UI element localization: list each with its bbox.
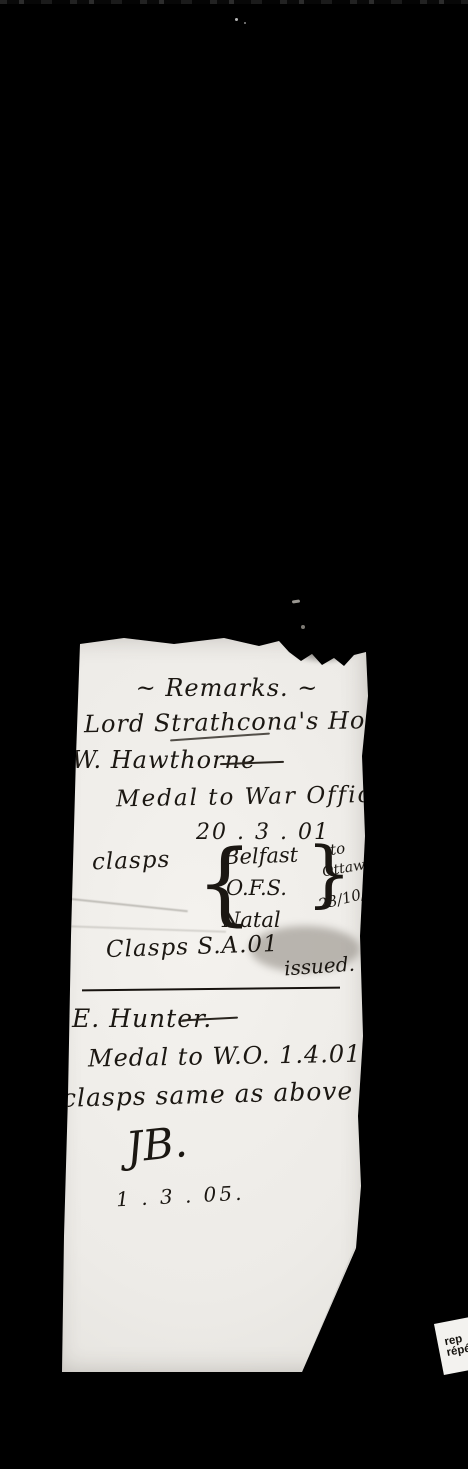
clasp-item-ofs: O.F.S. [226,876,287,900]
scanned-note-paper: ~ Remarks. ~ Lord Strathcona's Horse W. … [54,636,368,1374]
note-line-medal-2: Medal to W.O. 1.4.01. [88,1040,371,1073]
initials-monogram: JB. [124,1117,190,1172]
dust-speck [301,625,305,629]
dust-speck [292,599,300,603]
scanner-noise-strip [0,0,468,4]
clasp-item-natal: Natal [222,908,281,932]
paper-tear-shadow [288,644,360,664]
note-line-date-2: 1 . 3 . 05. [115,1181,244,1212]
note-line-clasps-2: clasps same as above [62,1076,354,1113]
dust-speck [235,18,238,21]
paper-crease [68,898,188,913]
reproduction-stamp: rep répé [434,1311,468,1375]
note-line-name-1: W. Hawthorne [72,746,256,774]
note-line-clasps-sa: Clasps S.A.01 [106,931,280,963]
clasps-label: clasps [92,847,171,876]
note-line-medal-1: Medal to War Office [116,782,388,813]
divider-rule [82,987,340,992]
note-line-issued: issued. [283,952,355,981]
dust-speck [244,22,246,24]
clasp-item-belfast: Belfast [224,843,299,870]
sent-to-word: to [329,839,346,859]
folded-corner [296,1240,360,1374]
note-heading: ~ Remarks. ~ [102,674,352,702]
